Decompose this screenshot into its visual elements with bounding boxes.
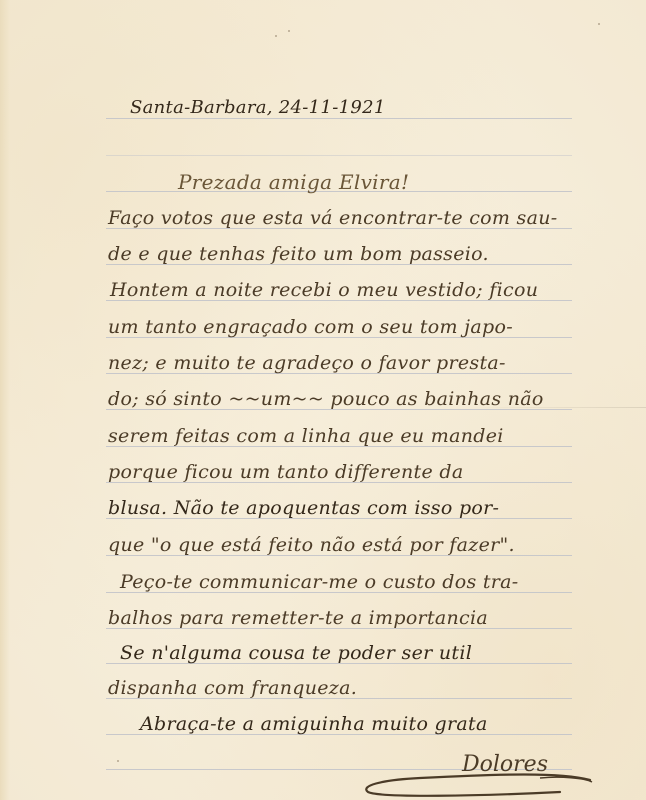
ruled-line <box>106 118 572 119</box>
body-line: balhos para remetter-te a importancia <box>108 609 488 628</box>
paper-speck <box>275 35 277 37</box>
paper-speck <box>288 30 290 32</box>
place-date: Santa-Barbara, 24-11-1921 <box>130 99 386 117</box>
paper-speck <box>117 760 119 762</box>
body-line: um tanto engraçado com o seu tom japo- <box>108 318 513 337</box>
body-line: Faço votos que esta vá encontrar-te com … <box>108 209 558 228</box>
body-line: Peço-te communicar-me o custo dos tra- <box>120 573 519 592</box>
body-line: porque ficou um tanto differente da <box>108 463 463 482</box>
ruled-line <box>106 155 572 156</box>
salutation: Prezada amiga Elvira! <box>178 172 409 192</box>
closing-line: Abraça-te a amiguinha muito grata <box>140 715 488 734</box>
body-line: que "o que está feito não está por fazer… <box>108 536 515 555</box>
paper-speck <box>598 23 600 25</box>
body-line: Hontem a noite recebi o meu vestido; fic… <box>110 281 538 300</box>
body-line: serem feitas com a linha que eu mandei <box>108 427 504 446</box>
body-line: de e que tenhas feito um bom passeio. <box>108 245 489 264</box>
body-line: do; só sinto ~~um~~ pouco as bainhas não <box>108 390 544 409</box>
body-line: blusa. Não te apoquentas com isso por- <box>108 499 499 518</box>
body-line: dispanha com franqueza. <box>108 679 357 698</box>
signature-flourish-icon <box>360 772 600 800</box>
body-line: Se n'alguma cousa te poder ser util <box>120 644 472 663</box>
paper-edge-shadow <box>0 0 10 800</box>
body-line: nez; e muito te agradeço o favor presta- <box>108 354 506 373</box>
